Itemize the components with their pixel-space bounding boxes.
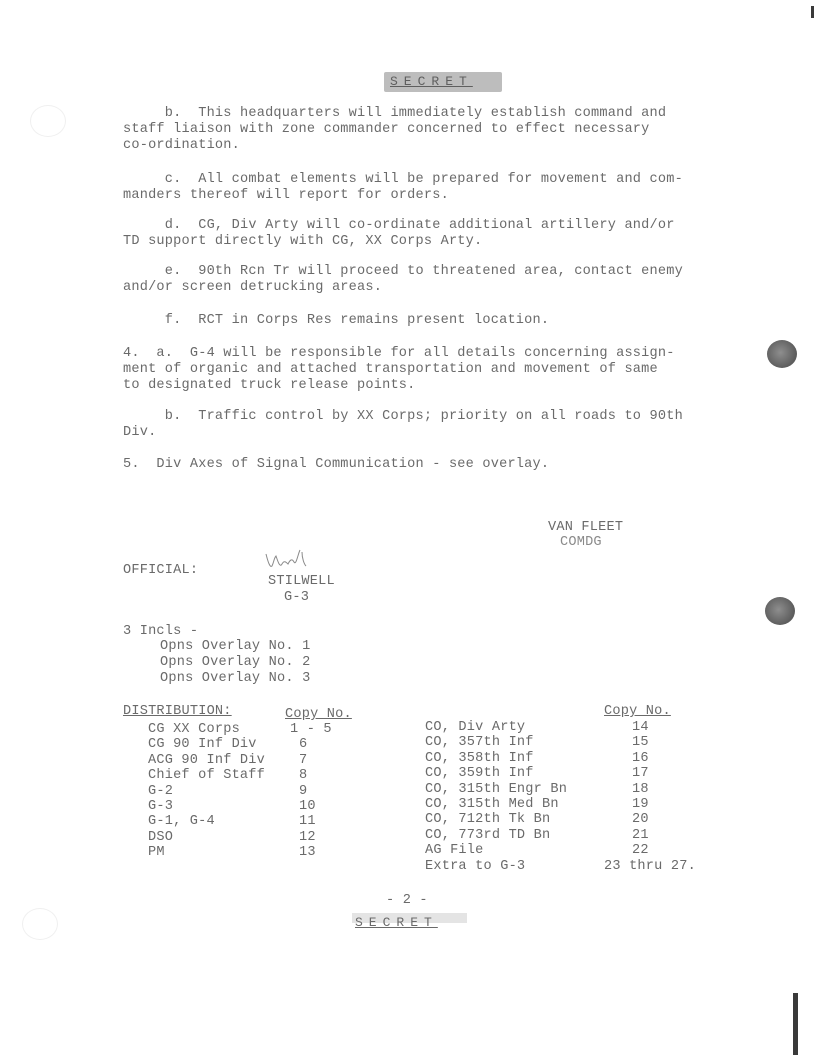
paragraph-4a-line: ment of organic and attached transportat… bbox=[123, 362, 658, 378]
document-page: SECRET b. This headquarters will immedia… bbox=[0, 0, 815, 1055]
distribution-copy-number: 12 bbox=[299, 830, 316, 846]
paragraph-3b-line: b. This headquarters will immediately es… bbox=[123, 106, 666, 122]
distribution-copy-number: 23 thru 27. bbox=[604, 859, 696, 875]
distribution-copy-number: 15 bbox=[632, 735, 649, 751]
distribution-recipient: CO, 315th Med Bn bbox=[425, 797, 559, 813]
distribution-copy-number: 11 bbox=[299, 814, 316, 830]
faint-hole-mark-left-top bbox=[30, 105, 66, 137]
distribution-copy-number: 9 bbox=[299, 784, 307, 800]
distribution-copy-number: 8 bbox=[299, 768, 307, 784]
paragraph-3d-line: d. CG, Div Arty will co-ordinate additio… bbox=[123, 218, 675, 234]
classification-text-top: SECRET bbox=[390, 74, 473, 89]
distribution-recipient: CO, 712th Tk Bn bbox=[425, 812, 550, 828]
distribution-recipient: CG 90 Inf Div bbox=[148, 737, 257, 753]
paragraph-3e-line: e. 90th Rcn Tr will proceed to threatene… bbox=[123, 264, 683, 280]
copy-number-header-right: Copy No. bbox=[604, 704, 671, 720]
inclosures-heading: 3 Incls - bbox=[123, 624, 198, 640]
punch-hole-upper bbox=[767, 340, 797, 368]
paragraph-3b-line: staff liaison with zone commander concer… bbox=[123, 122, 650, 138]
distribution-recipient: DSO bbox=[148, 830, 173, 846]
paragraph-4b-line: Div. bbox=[123, 425, 156, 441]
paragraph-3f-line: f. RCT in Corps Res remains present loca… bbox=[123, 313, 549, 329]
paragraph-5-line: 5. Div Axes of Signal Communication - se… bbox=[123, 457, 549, 473]
scan-edge-bar-top bbox=[811, 6, 814, 18]
paragraph-3c-line: manders thereof will report for orders. bbox=[123, 188, 449, 204]
official-name: STILWELL bbox=[268, 574, 335, 590]
paragraph-4a-line: 4. a. G-4 will be responsible for all de… bbox=[123, 346, 675, 362]
punch-hole-lower bbox=[765, 597, 795, 625]
distribution-recipient: G-3 bbox=[148, 799, 173, 815]
commander-title: COMDG bbox=[560, 535, 602, 551]
paragraph-4a-line: to designated truck release points. bbox=[123, 378, 416, 394]
distribution-copy-number: 14 bbox=[632, 720, 649, 736]
distribution-copy-number: 16 bbox=[632, 751, 649, 767]
distribution-copy-number: 10 bbox=[299, 799, 316, 815]
distribution-copy-number: 17 bbox=[632, 766, 649, 782]
distribution-copy-number: 20 bbox=[632, 812, 649, 828]
paragraph-3c-line: c. All combat elements will be prepared … bbox=[123, 172, 683, 188]
distribution-copy-number: 21 bbox=[632, 828, 649, 844]
distribution-copy-number: 18 bbox=[632, 782, 649, 798]
scan-edge-bar-bottom bbox=[793, 993, 798, 1055]
inclosure-item: Opns Overlay No. 3 bbox=[160, 671, 310, 687]
distribution-copy-number: 1 - 5 bbox=[290, 722, 332, 738]
copy-number-header-left: Copy No. bbox=[285, 707, 352, 723]
official-label: OFFICIAL: bbox=[123, 563, 198, 579]
handwritten-signature-icon bbox=[262, 548, 322, 572]
distribution-recipient: Extra to G-3 bbox=[425, 859, 525, 875]
distribution-copy-number: 19 bbox=[632, 797, 649, 813]
distribution-recipient: G-2 bbox=[148, 784, 173, 800]
distribution-recipient: CO, Div Arty bbox=[425, 720, 525, 736]
distribution-recipient: ACG 90 Inf Div bbox=[148, 753, 265, 769]
paragraph-4b-line: b. Traffic control by XX Corps; priority… bbox=[123, 409, 683, 425]
paragraph-3d-line: TD support directly with CG, XX Corps Ar… bbox=[123, 234, 482, 250]
distribution-heading: DISTRIBUTION: bbox=[123, 704, 232, 720]
classification-stamp-top: SECRET bbox=[384, 72, 502, 92]
paragraph-3b-line: co-ordination. bbox=[123, 138, 240, 154]
official-title: G-3 bbox=[284, 590, 309, 606]
distribution-recipient: CO, 359th Inf bbox=[425, 766, 534, 782]
distribution-recipient: AG File bbox=[425, 843, 484, 859]
distribution-recipient: CG XX Corps bbox=[148, 722, 240, 738]
distribution-copy-number: 22 bbox=[632, 843, 649, 859]
distribution-copy-number: 7 bbox=[299, 753, 307, 769]
commander-name: VAN FLEET bbox=[548, 520, 623, 536]
distribution-recipient: Chief of Staff bbox=[148, 768, 265, 784]
distribution-recipient: CO, 315th Engr Bn bbox=[425, 782, 567, 798]
distribution-recipient: CO, 773rd TD Bn bbox=[425, 828, 550, 844]
classification-text-bottom: SECRET bbox=[355, 915, 438, 930]
distribution-recipient: CO, 358th Inf bbox=[425, 751, 534, 767]
distribution-recipient: PM bbox=[148, 845, 165, 861]
paragraph-3e-line: and/or screen detrucking areas. bbox=[123, 280, 382, 296]
distribution-recipient: G-1, G-4 bbox=[148, 814, 215, 830]
inclosure-item: Opns Overlay No. 1 bbox=[160, 639, 310, 655]
distribution-copy-number: 6 bbox=[299, 737, 307, 753]
distribution-recipient: CO, 357th Inf bbox=[425, 735, 534, 751]
distribution-copy-number: 13 bbox=[299, 845, 316, 861]
faint-hole-mark-left-bottom bbox=[22, 908, 58, 940]
inclosure-item: Opns Overlay No. 2 bbox=[160, 655, 310, 671]
classification-stamp-bottom: SECRET bbox=[352, 913, 467, 933]
page-number: - 2 - bbox=[386, 893, 428, 909]
